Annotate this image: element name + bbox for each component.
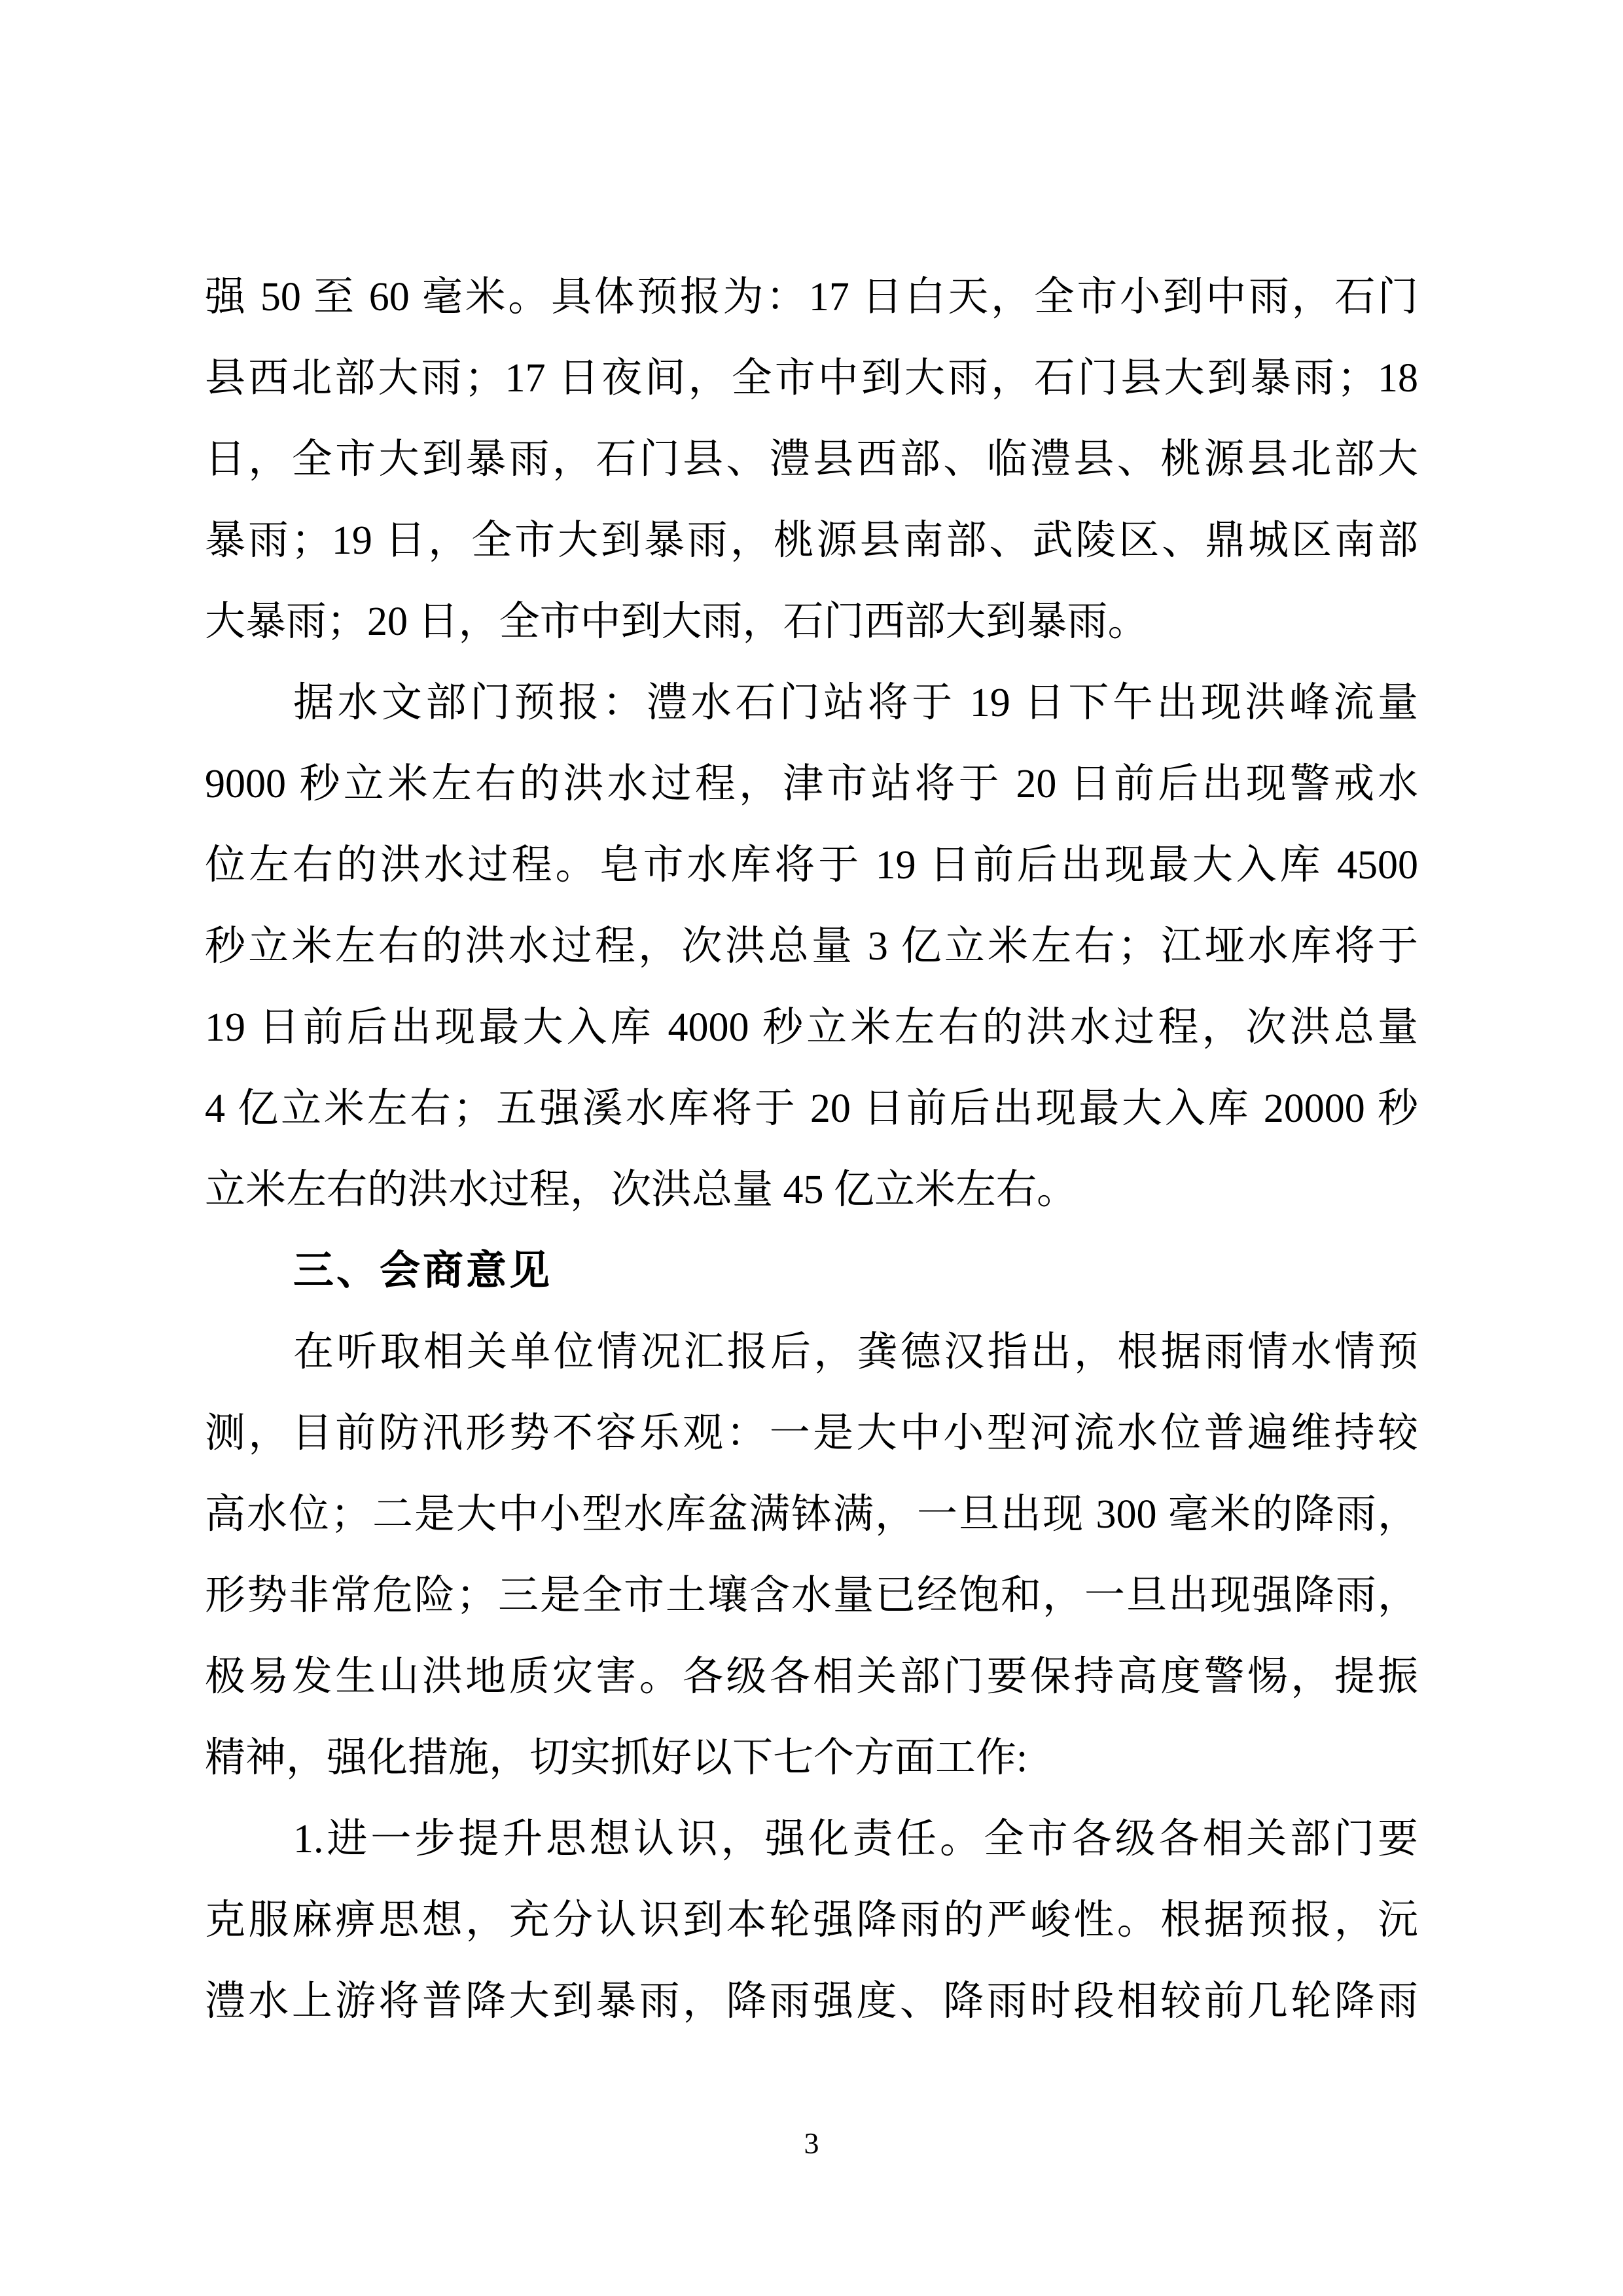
paragraph-start-line: 1.进一步提升思想认识，强化责任。全市各级各相关部门要	[205, 1799, 1418, 1880]
text-line: 9000 秒立米左右的洪水过程，津市站将于 20 日前后出现警戒水	[205, 744, 1418, 825]
page-number: 3	[0, 2121, 1623, 2166]
text-line: 高水位；二是大中小型水库盆满钵满，一旦出现 300 毫米的降雨，	[205, 1474, 1418, 1555]
text-line: 暴雨；19 日，全市大到暴雨，桃源县南部、武陵区、鼎城区南部	[205, 500, 1418, 581]
text-line: 精神，强化措施，切实抓好以下七个方面工作:	[205, 1717, 1418, 1799]
text-line: 澧水上游将普降大到暴雨，降雨强度、降雨时段相较前几轮降雨	[205, 1961, 1418, 2042]
text-line: 19 日前后出现最大入库 4000 秒立米左右的洪水过程，次洪总量	[205, 987, 1418, 1068]
text-line: 测，目前防汛形势不容乐观：一是大中小型河流水位普遍维持较	[205, 1393, 1418, 1474]
document-body: 强 50 至 60 毫米。具体预报为：17 日白天，全市小到中雨，石门 县西北部…	[205, 257, 1418, 2042]
text-line: 强 50 至 60 毫米。具体预报为：17 日白天，全市小到中雨，石门	[205, 257, 1418, 338]
section-heading: 三、会商意见	[205, 1230, 1418, 1312]
text-line: 克服麻痹思想，充分认识到本轮强降雨的严峻性。根据预报，沅	[205, 1880, 1418, 1961]
text-line: 大暴雨；20 日，全市中到大雨，石门西部大到暴雨。	[205, 581, 1418, 662]
text-line: 4 亿立米左右；五强溪水库将于 20 日前后出现最大入库 20000 秒	[205, 1068, 1418, 1149]
text-line: 秒立米左右的洪水过程，次洪总量 3 亿立米左右；江垭水库将于	[205, 906, 1418, 987]
text-line: 日，全市大到暴雨，石门县、澧县西部、临澧县、桃源县北部大	[205, 419, 1418, 500]
text-line: 立米左右的洪水过程，次洪总量 45 亿立米左右。	[205, 1149, 1418, 1230]
text-line: 极易发生山洪地质灾害。各级各相关部门要保持高度警惕，提振	[205, 1636, 1418, 1717]
text-line: 形势非常危险；三是全市土壤含水量已经饱和，一旦出现强降雨，	[205, 1555, 1418, 1636]
text-line: 县西北部大雨；17 日夜间，全市中到大雨，石门县大到暴雨；18	[205, 338, 1418, 419]
document-page: 强 50 至 60 毫米。具体预报为：17 日白天，全市小到中雨，石门 县西北部…	[0, 0, 1623, 2296]
paragraph-start-line: 据水文部门预报：澧水石门站将于 19 日下午出现洪峰流量	[205, 662, 1418, 744]
paragraph-start-line: 在听取相关单位情况汇报后，龚德汉指出，根据雨情水情预	[205, 1312, 1418, 1393]
text-line: 位左右的洪水过程。皂市水库将于 19 日前后出现最大入库 4500	[205, 825, 1418, 906]
